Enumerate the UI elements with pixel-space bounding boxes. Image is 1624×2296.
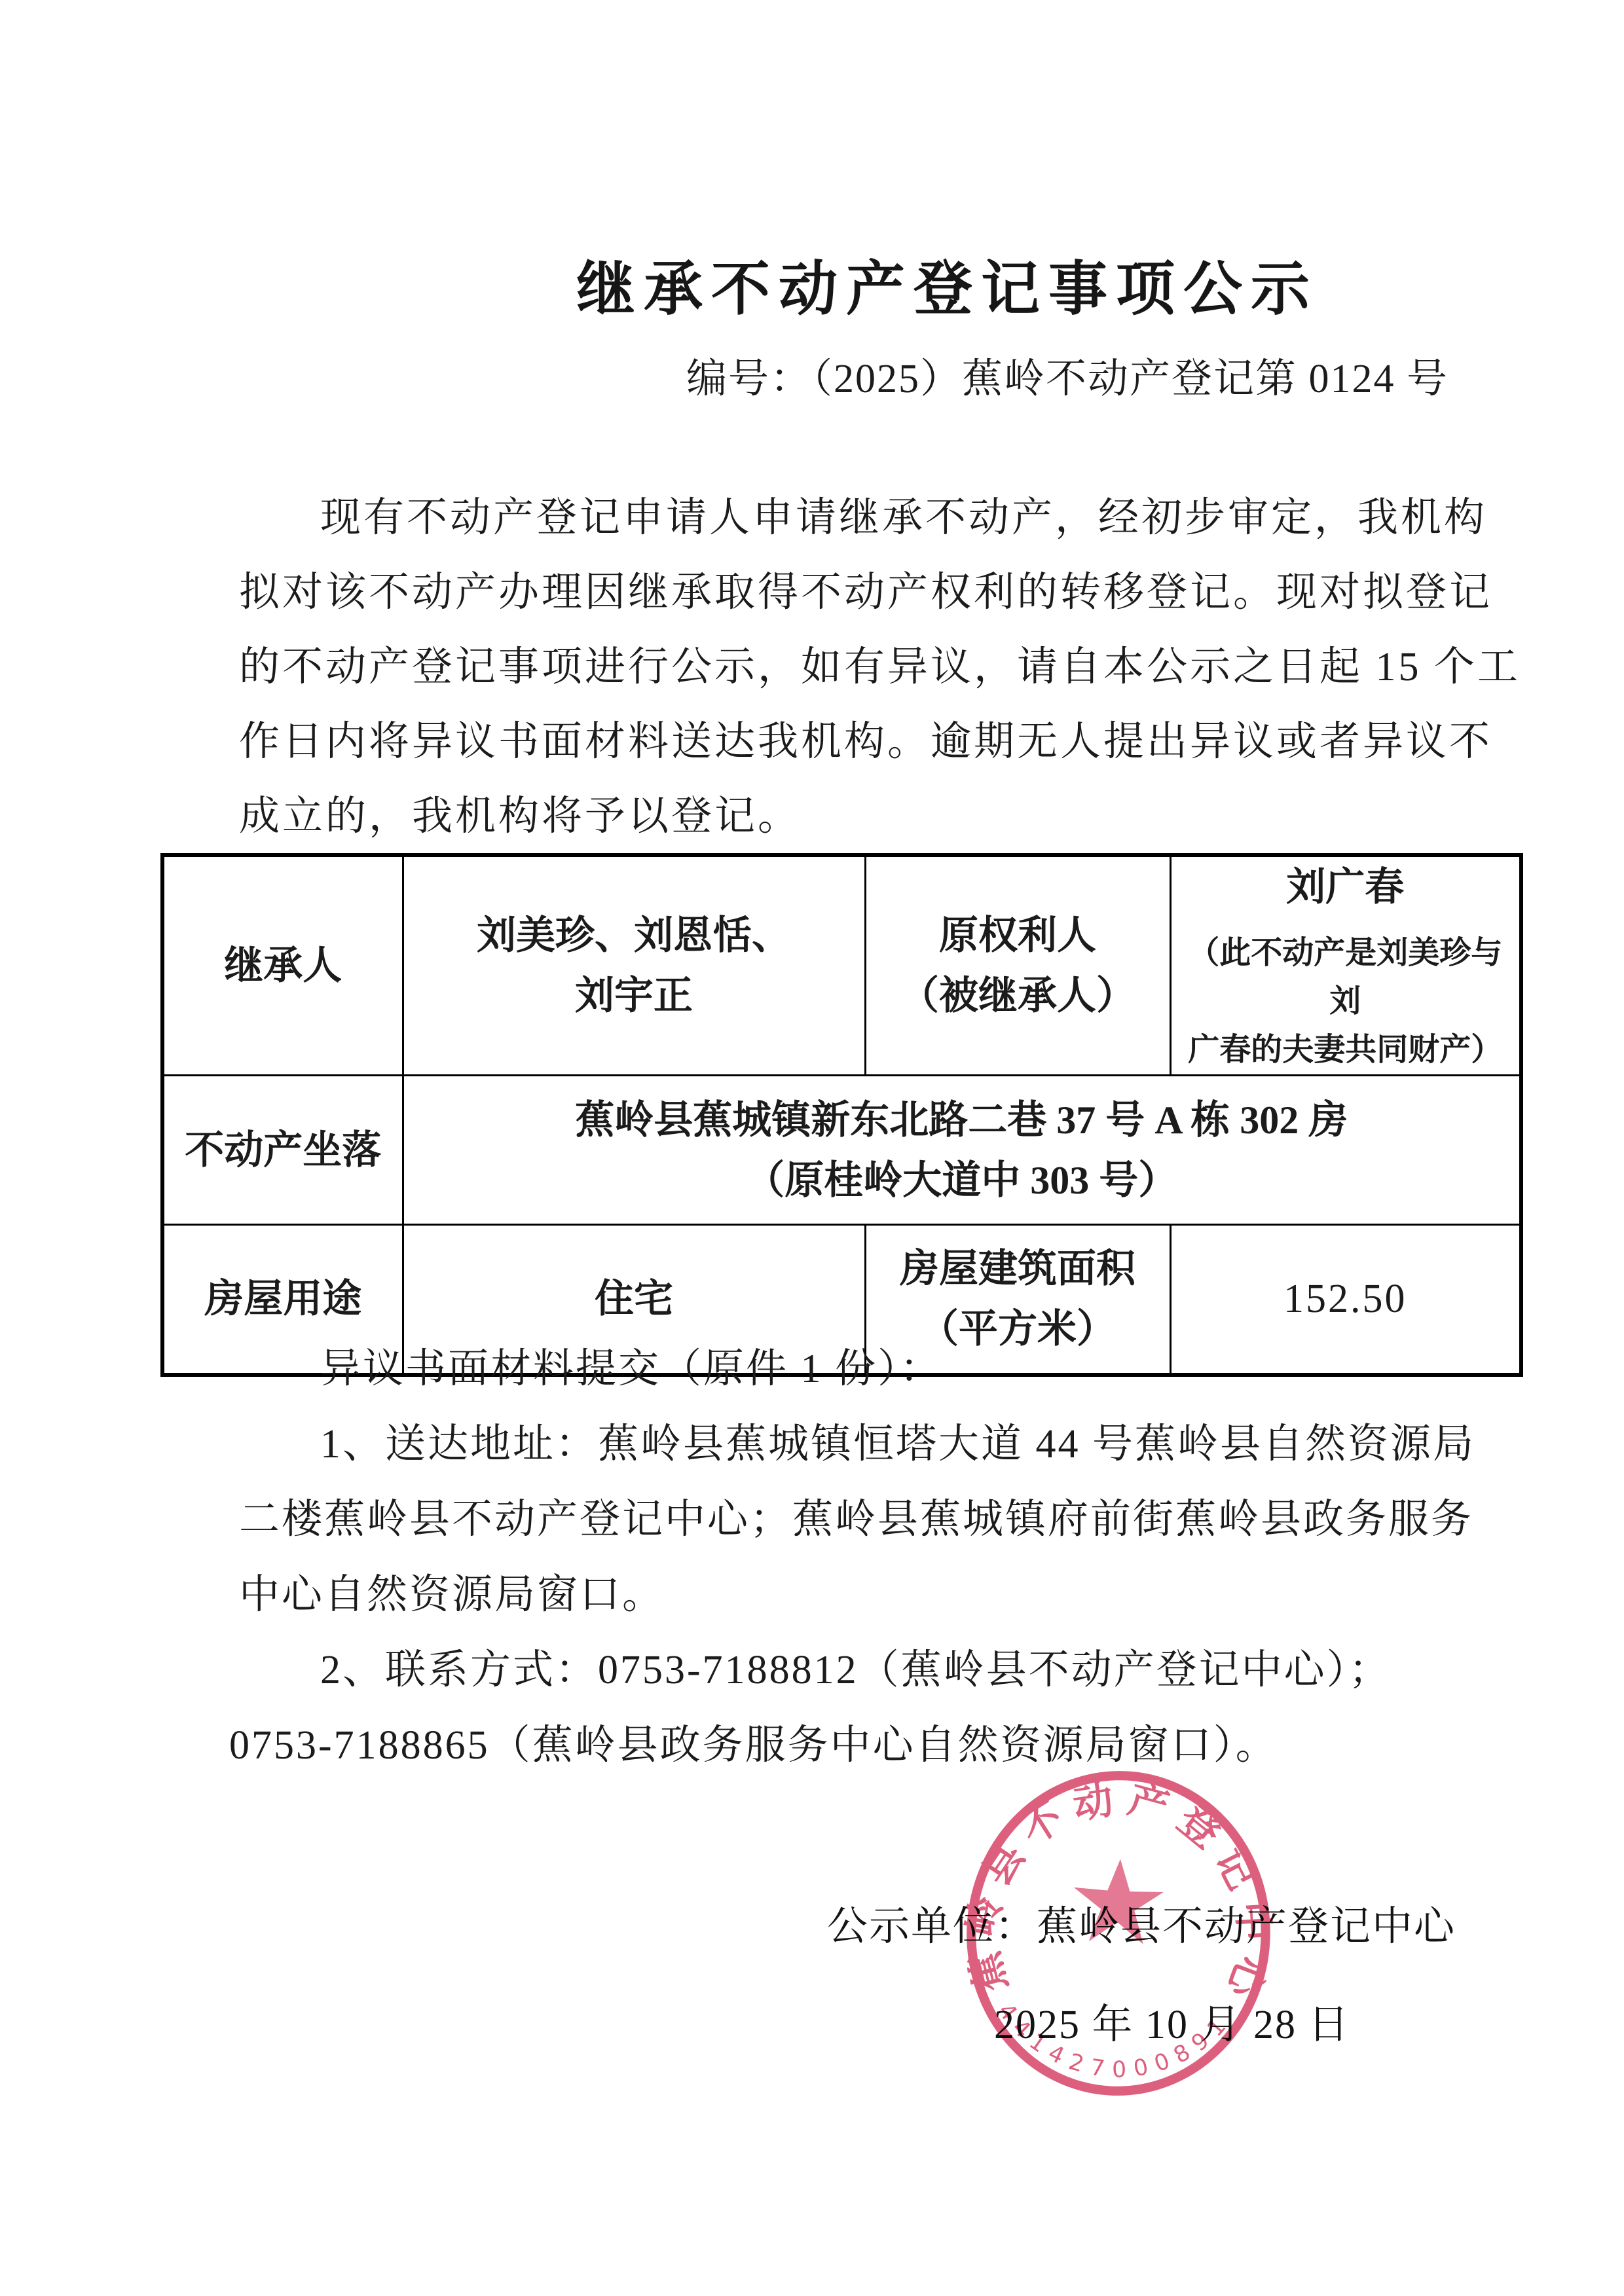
document-number: 编号：（2025）蕉岭不动产登记第 0124 号 <box>686 346 1449 404</box>
original-owner-value-cell: 刘广春 （此不动产是刘美珍与刘 广春的夫妻共同财产） <box>1170 855 1521 1076</box>
heir-names: 刘宇正 <box>411 966 858 1026</box>
notice-line: 异议书面材料提交（原件 1 份）： <box>239 1332 1437 1407</box>
objection-notice: 异议书面材料提交（原件 1 份）： 1、送达地址：蕉岭县蕉城镇恒塔大道 44 号… <box>239 1332 1437 1783</box>
notice-line: 二楼蕉岭县不动产登记中心；蕉岭县蕉城镇府前街蕉岭县政务服务 <box>239 1482 1437 1558</box>
heir-names: 刘美珍、刘恩恬、 <box>411 905 858 966</box>
notice-line: 2、联系方式：0753-7188812（蕉岭县不动产登记中心）； <box>239 1633 1437 1708</box>
body-line: 作日内将异议书面材料送达我机构。逾期无人提出异议或者异议不 <box>239 704 1418 779</box>
location-value-cell: 蕉岭县蕉城镇新东北路二巷 37 号 A 栋 302 房 （原桂岭大道中 303 … <box>403 1076 1521 1225</box>
usage-value: 住宅 <box>411 1269 858 1329</box>
table-row-location: 不动产坐落 蕉岭县蕉城镇新东北路二巷 37 号 A 栋 302 房 （原桂岭大道… <box>162 1076 1521 1225</box>
body-line: 的不动产登记事项进行公示，如有异议，请自本公示之日起 15 个工 <box>239 630 1418 704</box>
area-value: 152.50 <box>1178 1269 1513 1329</box>
notice-line: 中心自然资源局窗口。 <box>239 1558 1437 1633</box>
original-owner-note-line: 广春的夫妻共同财产） <box>1178 1026 1513 1074</box>
body-paragraph: 现有不动产登记申请人申请继承不动产，经初步审定，我机构 拟对该不动产办理因继承取… <box>239 481 1418 854</box>
location-value-line: （原桂岭大道中 303 号） <box>411 1150 1513 1211</box>
original-owner-note: （此不动产是刘美珍与刘 广春的夫妻共同财产） <box>1178 929 1513 1074</box>
original-owner-label-cell: 原权利人 （被继承人） <box>865 855 1170 1076</box>
notice-line: 1、送达地址：蕉岭县蕉城镇恒塔大道 44 号蕉岭县自然资源局 <box>239 1407 1437 1482</box>
body-line: 拟对该不动产办理因继承取得不动产权利的转移登记。现对拟登记 <box>239 555 1418 630</box>
original-owner-name: 刘广春 <box>1178 857 1513 917</box>
location-value-line: 蕉岭县蕉城镇新东北路二巷 37 号 A 栋 302 房 <box>411 1090 1513 1150</box>
body-line: 成立的，我机构将予以登记。 <box>239 779 1418 854</box>
body-line: 现有不动产登记申请人申请继承不动产，经初步审定，我机构 <box>239 481 1418 555</box>
page-title: 继承不动产登记事项公示 <box>576 241 1270 326</box>
original-owner-label: 原权利人 <box>873 905 1163 966</box>
table-row-heir: 继承人 刘美珍、刘恩恬、 刘宇正 原权利人 （被继承人） 刘广春 （此不动产是刘… <box>162 855 1521 1076</box>
official-seal: 蕉岭县不动产登记中心 4414270008919 <box>954 1760 1283 2107</box>
registration-table: 继承人 刘美珍、刘恩恬、 刘宇正 原权利人 （被继承人） 刘广春 （此不动产是刘… <box>160 853 1523 1377</box>
heir-names-cell: 刘美珍、刘恩恬、 刘宇正 <box>403 855 865 1076</box>
official-seal-graphic: 蕉岭县不动产登记中心 4414270008919 <box>954 1760 1283 2107</box>
heir-label: 继承人 <box>171 936 396 996</box>
location-label-cell: 不动产坐落 <box>162 1076 403 1225</box>
notice-document-page: 继承不动产登记事项公示 编号：（2025）蕉岭不动产登记第 0124 号 现有不… <box>0 0 1624 2296</box>
notice-line: 0753-7188865（蕉岭县政务服务中心自然资源局窗口）。 <box>229 1708 1437 1783</box>
heir-label-cell: 继承人 <box>162 855 403 1076</box>
original-owner-label: （被继承人） <box>873 966 1163 1026</box>
original-owner-note-line: （此不动产是刘美珍与刘 <box>1178 929 1513 1026</box>
location-label: 不动产坐落 <box>171 1120 396 1180</box>
area-label: 房屋建筑面积 <box>873 1239 1163 1299</box>
seal-star-icon <box>1071 1857 1166 1945</box>
usage-label: 房屋用途 <box>171 1269 396 1329</box>
